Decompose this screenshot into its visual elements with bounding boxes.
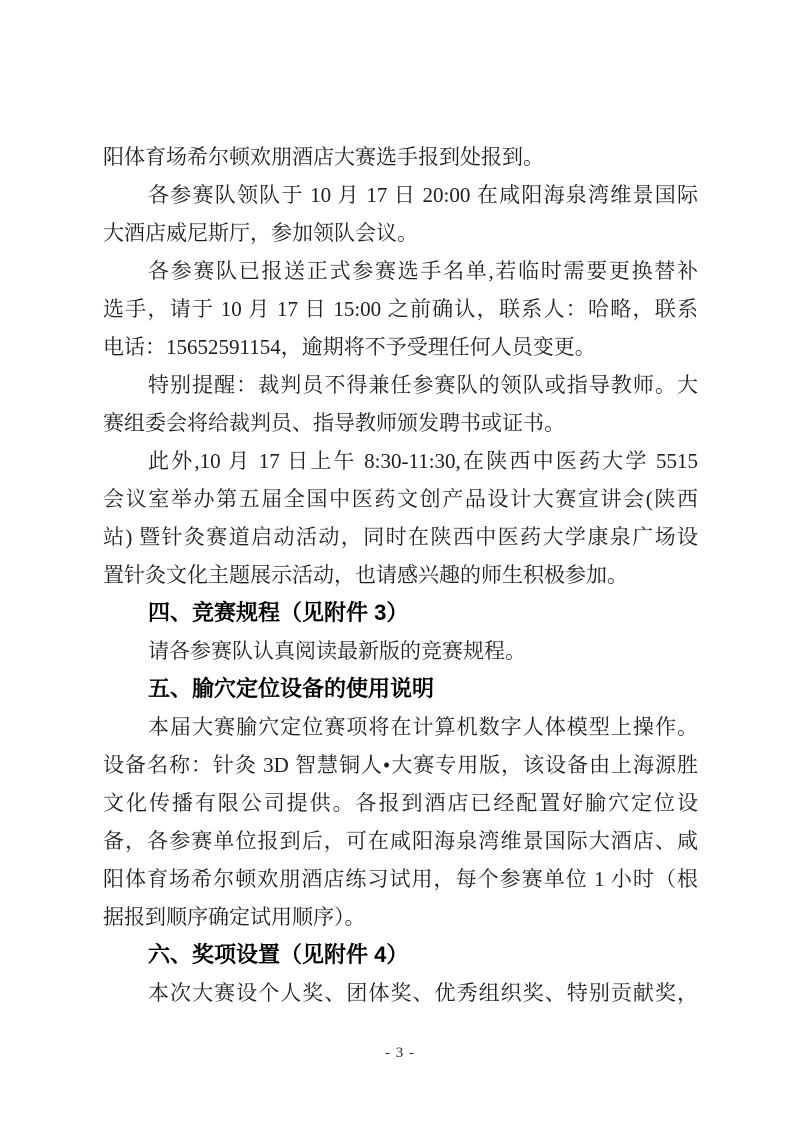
section-heading: 六、奖项设置（见附件 4） [103, 936, 698, 974]
section-heading: 四、竞赛规程（见附件 3） [103, 594, 698, 632]
text-line: 阳体育场希尔顿欢朋酒店大赛选手报到处报到。 [103, 138, 698, 176]
text-line: 站) 暨针灸赛道启动活动，同时在陕西中医药大学康泉广场设 [103, 518, 698, 556]
text-line: 备，各参赛单位报到后，可在咸阳海泉湾维景国际大酒店、咸 [103, 822, 698, 860]
document-page: 阳体育场希尔顿欢朋酒店大赛选手报到处报到。各参赛队领队于 10 月 17 日 2… [0, 0, 800, 1131]
text-line: 本届大赛腧穴定位赛项将在计算机数字人体模型上操作。 [103, 708, 698, 746]
text-line: 各参赛队领队于 10 月 17 日 20:00 在咸阳海泉湾维景国际 [103, 176, 698, 214]
text-line: 选手，请于 10 月 17 日 15:00 之前确认，联系人：哈略，联系 [103, 290, 698, 328]
text-line: 会议室举办第五届全国中医药文创产品设计大赛宣讲会(陕西 [103, 480, 698, 518]
text-line: 置针灸文化主题展示活动，也请感兴趣的师生积极参加。 [103, 556, 698, 594]
text-line: 此外,10 月 17 日上午 8:30-11:30,在陕西中医药大学 5515 [103, 442, 698, 480]
text-line: 赛组委会将给裁判员、指导教师颁发聘书或证书。 [103, 404, 698, 442]
text-line: 请各参赛队认真阅读最新版的竞赛规程。 [103, 632, 698, 670]
text-line: 阳体育场希尔顿欢朋酒店练习试用，每个参赛单位 1 小时（根 [103, 860, 698, 898]
text-line: 特别提醒：裁判员不得兼任参赛队的领队或指导教师。大 [103, 366, 698, 404]
text-line: 据报到顺序确定试用顺序）。 [103, 898, 698, 936]
text-line: 文化传播有限公司提供。各报到酒店已经配置好腧穴定位设 [103, 784, 698, 822]
text-line: 各参赛队已报送正式参赛选手名单,若临时需要更换替补 [103, 252, 698, 290]
document-body: 阳体育场希尔顿欢朋酒店大赛选手报到处报到。各参赛队领队于 10 月 17 日 2… [103, 138, 698, 1012]
page-number: - 3 - [0, 1045, 800, 1062]
text-line: 设备名称：针灸 3D 智慧铜人•大赛专用版，该设备由上海源胜 [103, 746, 698, 784]
section-heading: 五、腧穴定位设备的使用说明 [103, 670, 698, 708]
text-line: 电话：15652591154，逾期将不予受理任何人员变更。 [103, 328, 698, 366]
text-line: 大酒店威尼斯厅，参加领队会议。 [103, 214, 698, 252]
text-line: 本次大赛设个人奖、团体奖、优秀组织奖、特别贡献奖， [103, 974, 698, 1012]
